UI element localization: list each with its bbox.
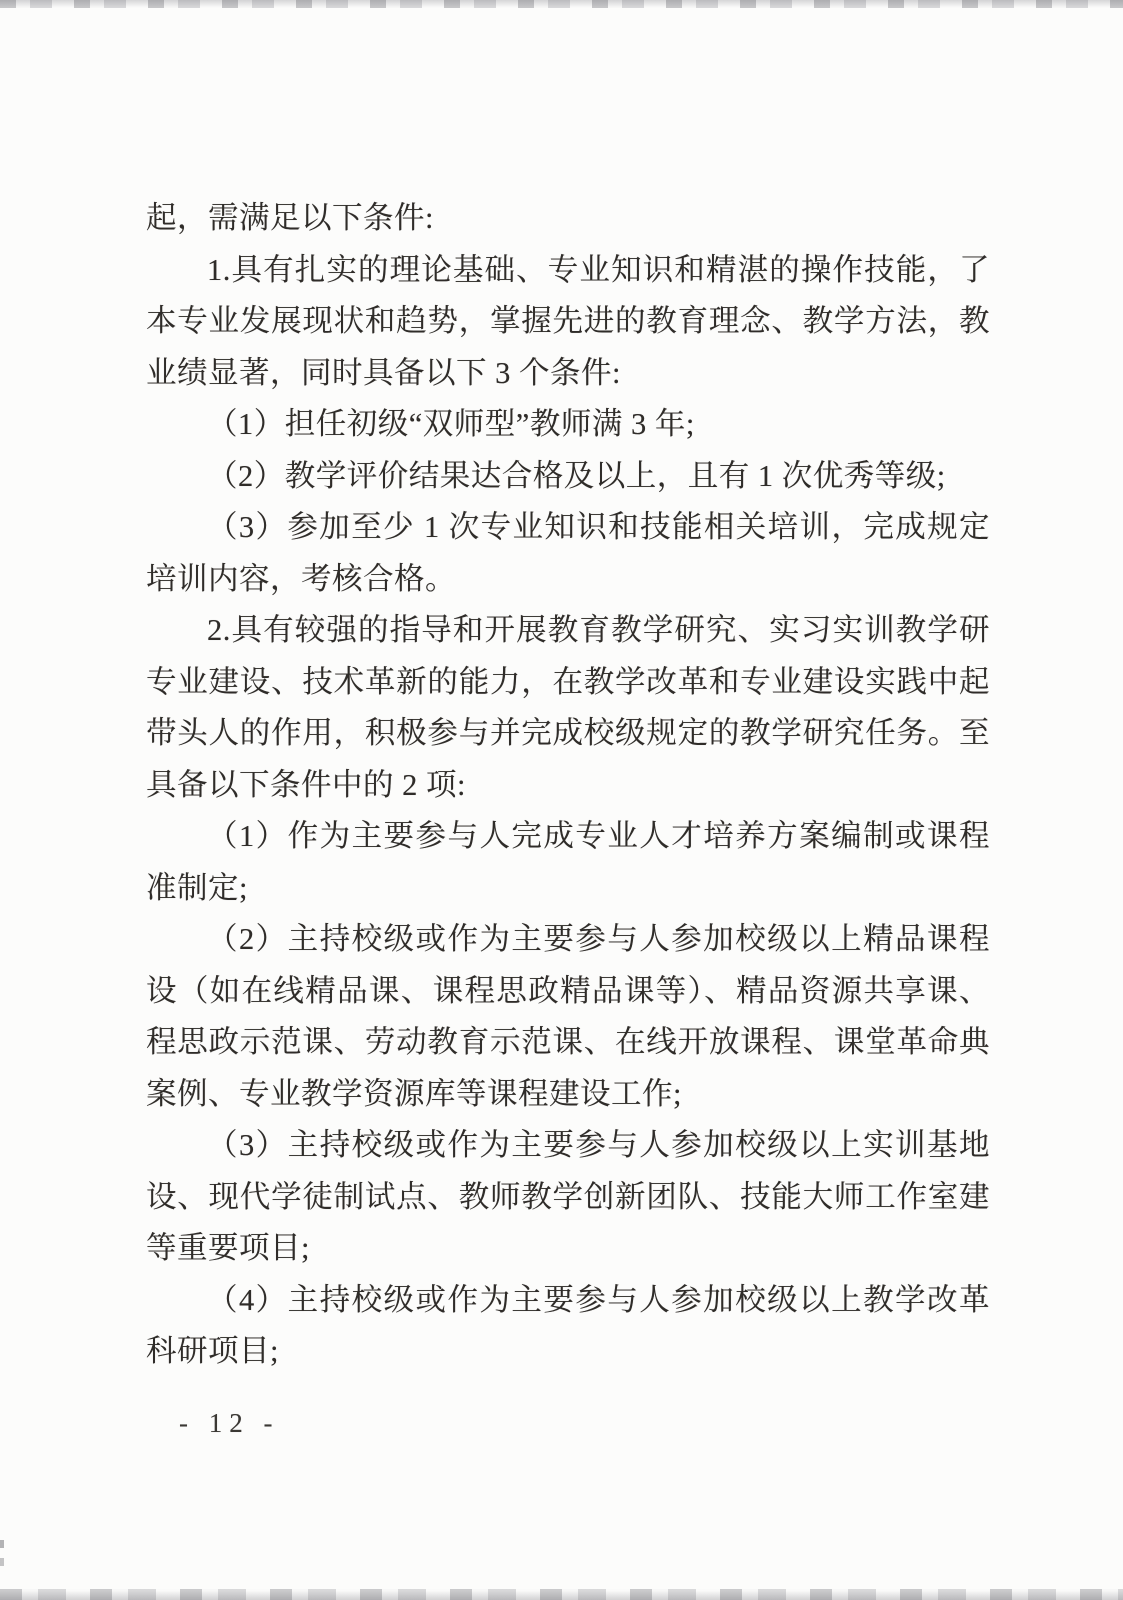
scan-artifact-top	[0, 0, 1123, 8]
text-line: （4）主持校级或作为主要参与人参加校级以上教学改革或	[146, 1275, 990, 1327]
text-line: 本专业发展现状和趋势，掌握先进的教育理念、教学方法，教学	[146, 296, 990, 348]
text-line: （2）主持校级或作为主要参与人参加校级以上精品课程建	[146, 914, 990, 966]
text-line: 等重要项目;	[146, 1223, 990, 1275]
text-line: 具备以下条件中的 2 项:	[146, 760, 990, 812]
text-line: 准制定;	[146, 863, 990, 915]
text-line: 科研项目;	[146, 1326, 990, 1378]
text-line: 设（如在线精品课、课程思政精品课等）、精品资源共享课、课	[146, 966, 990, 1018]
scan-artifact-left-speck	[0, 1540, 4, 1574]
page-number: - 12 -	[179, 1408, 279, 1439]
text-line: （3）主持校级或作为主要参与人参加校级以上实训基地建	[146, 1120, 990, 1172]
text-line: 起，需满足以下条件:	[146, 193, 990, 245]
text-line: （1）担任初级“双师型”教师满 3 年;	[146, 399, 990, 451]
text-line: （1）作为主要参与人完成专业人才培养方案编制或课程标	[146, 811, 990, 863]
text-line: 业绩显著，同时具备以下 3 个条件:	[146, 348, 990, 400]
text-line: 程思政示范课、劳动教育示范课、在线开放课程、课堂革命典型	[146, 1017, 990, 1069]
text-line: 专业建设、技术革新的能力，在教学改革和专业建设实践中起到	[146, 657, 990, 709]
document-page: 起，需满足以下条件:1.具有扎实的理论基础、专业知识和精湛的操作技能，了解本专业…	[0, 0, 1123, 1600]
text-line: 案例、专业教学资源库等课程建设工作;	[146, 1069, 990, 1121]
document-body: 起，需满足以下条件:1.具有扎实的理论基础、专业知识和精湛的操作技能，了解本专业…	[146, 193, 990, 1378]
text-line: （2）教学评价结果达合格及以上，且有 1 次优秀等级;	[146, 451, 990, 503]
text-line: 1.具有扎实的理论基础、专业知识和精湛的操作技能，了解	[146, 245, 990, 297]
text-line: 培训内容，考核合格。	[146, 554, 990, 606]
text-line: 带头人的作用，积极参与并完成校级规定的教学研究任务。至少	[146, 708, 990, 760]
text-line: 设、现代学徒制试点、教师教学创新团队、技能大师工作室建设	[146, 1172, 990, 1224]
text-line: 2.具有较强的指导和开展教育教学研究、实习实训教学研究、	[146, 605, 990, 657]
scan-artifact-bottom	[0, 1589, 1123, 1600]
text-line: （3）参加至少 1 次专业知识和技能相关培训，完成规定的	[146, 502, 990, 554]
